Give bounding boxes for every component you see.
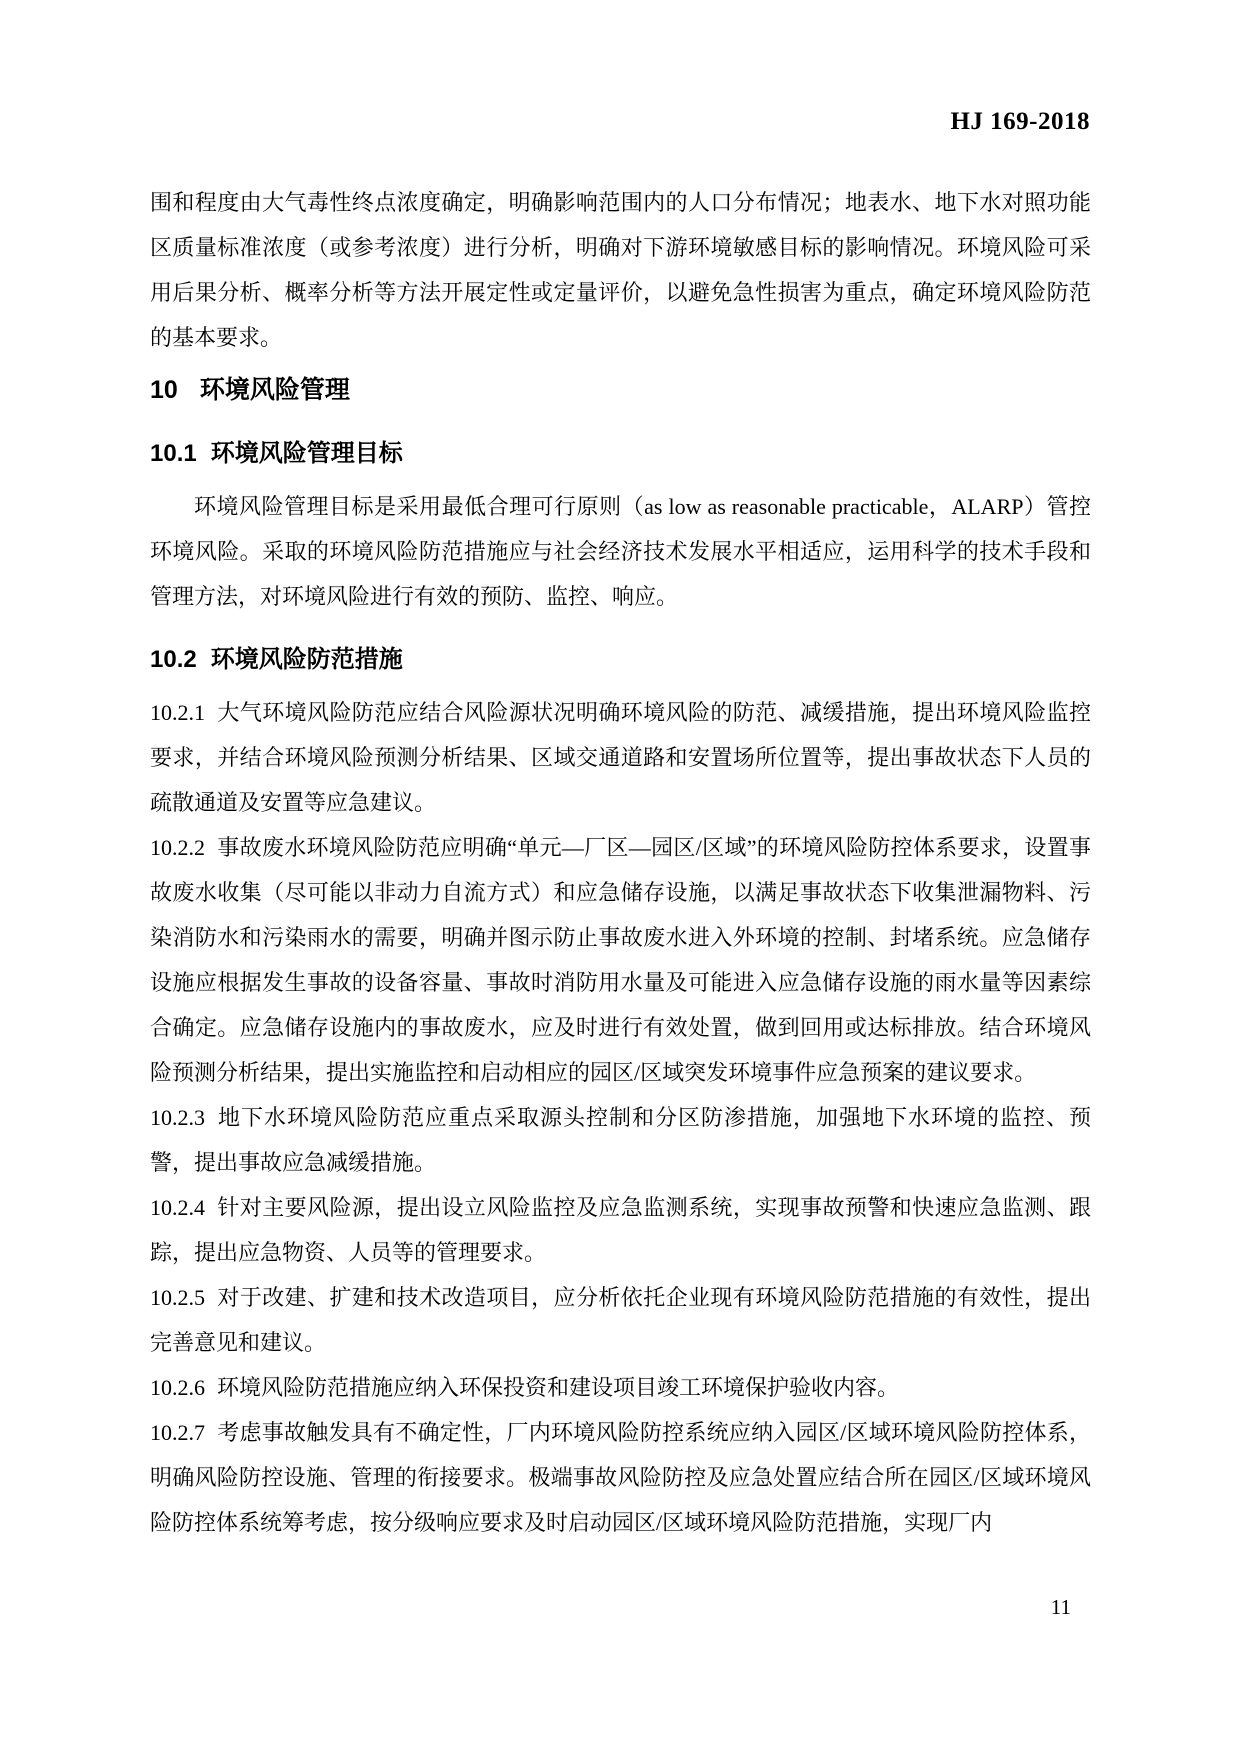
clause-number: 10.2.6 [150, 1375, 205, 1400]
standard-code-header: HJ 169-2018 [950, 108, 1090, 136]
subsection-heading-10-2: 10.2环境风险防范措施 [150, 637, 1091, 682]
clause-number: 10.2.4 [150, 1195, 205, 1220]
subsection-number: 10.2 [150, 646, 197, 673]
section-number: 10 [150, 376, 178, 404]
clause-number: 10.2.1 [150, 700, 205, 725]
clause-10-2-5: 10.2.5对于改建、扩建和技术改造项目，应分析依托企业现有环境风险防范措施的有… [150, 1275, 1091, 1365]
clause-text: 环境风险防范措施应纳入环保投资和建设项目竣工环境保护验收内容。 [217, 1375, 899, 1400]
subsection-10-1-paragraph: 环境风险管理目标是采用最低合理可行原则（as low as reasonable… [150, 484, 1091, 619]
clause-number: 10.2.5 [150, 1285, 205, 1310]
page-content: 围和程度由大气毒性终点浓度确定，明确影响范围内的人口分布情况；地表水、地下水对照… [150, 180, 1091, 1545]
clause-number: 10.2.3 [150, 1105, 205, 1130]
clause-number: 10.2.2 [150, 835, 205, 860]
clause-10-2-2: 10.2.2事故废水环境风险防范应明确“单元—厂区—园区/区域”的环境风险防控体… [150, 825, 1091, 1095]
clause-10-2-3: 10.2.3地下水环境风险防范应重点采取源头控制和分区防渗措施，加强地下水环境的… [150, 1095, 1091, 1185]
clause-10-2-6: 10.2.6环境风险防范措施应纳入环保投资和建设项目竣工环境保护验收内容。 [150, 1365, 1091, 1410]
clause-text: 大气环境风险防范应结合风险源状况明确环境风险的防范、减缓措施，提出环境风险监控要… [150, 700, 1091, 815]
subsection-title: 环境风险管理目标 [211, 440, 403, 467]
clause-text: 对于改建、扩建和技术改造项目，应分析依托企业现有环境风险防范措施的有效性，提出完… [150, 1285, 1091, 1355]
section-heading: 10环境风险管理 [150, 368, 1091, 413]
clause-text: 针对主要风险源，提出设立风险监控及应急监测系统，实现事故预警和快速应急监测、跟踪… [150, 1195, 1091, 1265]
clause-text: 考虑事故触发具有不确定性，厂内环境风险防控系统应纳入园区/区域环境风险防控体系，… [150, 1420, 1091, 1535]
document-page: HJ 169-2018 围和程度由大气毒性终点浓度确定，明确影响范围内的人口分布… [0, 0, 1241, 1755]
clause-text: 事故废水环境风险防范应明确“单元—厂区—园区/区域”的环境风险防控体系要求，设置… [150, 835, 1091, 1085]
clause-10-2-7: 10.2.7考虑事故触发具有不确定性，厂内环境风险防控系统应纳入园区/区域环境风… [150, 1410, 1091, 1545]
clause-10-2-4: 10.2.4针对主要风险源，提出设立风险监控及应急监测系统，实现事故预警和快速应… [150, 1185, 1091, 1275]
page-number: 11 [1051, 1595, 1071, 1620]
subsection-number: 10.1 [150, 440, 197, 467]
clause-10-2-1: 10.2.1大气环境风险防范应结合风险源状况明确环境风险的防范、减缓措施，提出环… [150, 690, 1091, 825]
clause-text: 地下水环境风险防范应重点采取源头控制和分区防渗措施，加强地下水环境的监控、预警，… [150, 1105, 1091, 1175]
subsection-title: 环境风险防范措施 [211, 646, 403, 673]
clause-number: 10.2.7 [150, 1420, 205, 1445]
section-title: 环境风险管理 [200, 376, 350, 404]
continuation-paragraph: 围和程度由大气毒性终点浓度确定，明确影响范围内的人口分布情况；地表水、地下水对照… [150, 180, 1091, 360]
subsection-heading-10-1: 10.1环境风险管理目标 [150, 431, 1091, 476]
